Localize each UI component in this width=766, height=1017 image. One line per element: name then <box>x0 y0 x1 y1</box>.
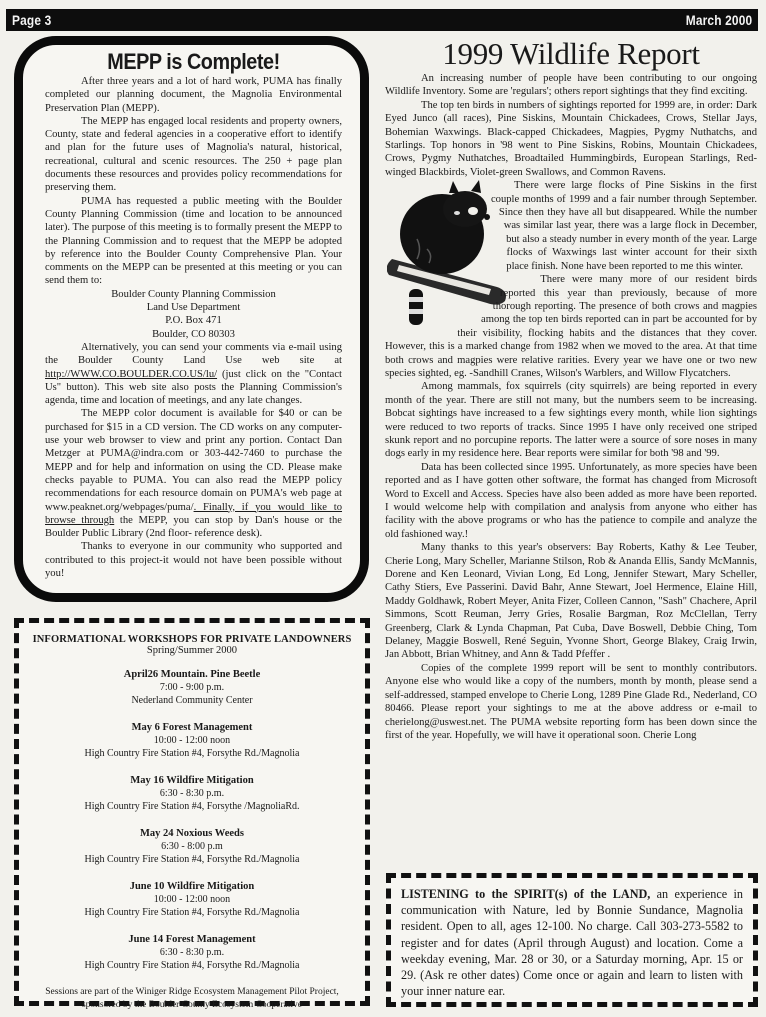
footer-line: Sessions are part of the Winiger Ridge E… <box>25 986 359 999</box>
workshop-event: June 14 Forest Management 6:30 - 8:30 p.… <box>25 933 359 972</box>
address-line: P.O. Box 471 <box>45 314 342 327</box>
workshops-box: INFORMATIONAL WORKSHOPS FOR PRIVATE LAND… <box>14 618 370 1006</box>
event-time: 10:00 - 12:00 noon <box>25 893 359 906</box>
event-title: May 16 Wildfire Mitigation <box>25 774 359 787</box>
listening-notice-box: LISTENING to the SPIRIT(s) of the LAND, … <box>386 873 758 1007</box>
report-paragraph: Among mammals, fox squirrels (city squir… <box>385 380 757 460</box>
event-place: High Country Fire Station #4, Forsythe R… <box>25 853 359 866</box>
event-time: 10:00 - 12:00 noon <box>25 734 359 747</box>
address-line: Boulder, CO 80303 <box>45 328 342 341</box>
workshop-event: June 10 Wildfire Mitigation 10:00 - 12:0… <box>25 880 359 919</box>
page-number: Page 3 <box>12 12 51 28</box>
mailing-address: Boulder County Planning Commission Land … <box>45 288 342 341</box>
event-title: April26 Mountain. Pine Beetle <box>25 668 359 681</box>
workshops-footer: Sessions are part of the Winiger Ridge E… <box>25 986 359 1011</box>
workshop-event: April26 Mountain. Pine Beetle 7:00 - 9:0… <box>25 668 359 707</box>
event-title: June 14 Forest Management <box>25 933 359 946</box>
notice-text: an experience in communication with Natu… <box>401 887 743 998</box>
page-header-bar: Page 3 March 2000 <box>6 9 758 31</box>
event-place: High Country Fire Station #4, Forsythe /… <box>25 800 359 813</box>
event-place: High Country Fire Station #4, Forsythe R… <box>25 906 359 919</box>
workshop-event: May 6 Forest Management 10:00 - 12:00 no… <box>25 721 359 760</box>
workshop-event: May 16 Wildfire Mitigation 6:30 - 8:30 p… <box>25 774 359 813</box>
text: The MEPP color document is available for… <box>45 408 342 512</box>
workshop-event: May 24 Noxious Weeds 6:30 - 8:00 p.m Hig… <box>25 827 359 866</box>
event-place: High Country Fire Station #4, Forsythe R… <box>25 959 359 972</box>
event-time: 7:00 - 9:00 p.m. <box>25 681 359 694</box>
mepp-title: MEPP is Complete! <box>60 49 327 75</box>
event-time: 6:30 - 8:30 p.m. <box>25 946 359 959</box>
notice-heading: LISTENING to the SPIRIT(s) of the LAND, <box>401 887 650 901</box>
mepp-paragraph: The MEPP color document is available for… <box>45 407 342 540</box>
workshops-title: INFORMATIONAL WORKSHOPS FOR PRIVATE LAND… <box>25 634 359 645</box>
event-title: May 24 Noxious Weeds <box>25 827 359 840</box>
event-place: Nederland Community Center <box>25 694 359 707</box>
footer-line: sponsored by the Boulder County Ecosyste… <box>25 999 359 1012</box>
text: The top ten birds in numbers of sighting… <box>385 100 757 178</box>
event-title: June 10 Wildfire Mitigation <box>25 880 359 893</box>
wildlife-report-article: 1999 Wildlife Report An increasing numbe… <box>385 36 757 742</box>
event-title: May 6 Forest Management <box>25 721 359 734</box>
address-line: Boulder County Planning Commission <box>45 288 342 301</box>
event-place: High Country Fire Station #4, Forsythe R… <box>25 747 359 760</box>
event-time: 6:30 - 8:00 p.m <box>25 840 359 853</box>
report-paragraph: Copies of the complete 1999 report will … <box>385 662 757 742</box>
event-time: 6:30 - 8:30 p.m. <box>25 787 359 800</box>
report-paragraph: The top ten birds in numbers of sighting… <box>385 99 757 179</box>
issue-date: March 2000 <box>685 12 752 28</box>
mepp-paragraph: Thanks to everyone in our community who … <box>45 540 342 580</box>
boulder-county-link[interactable]: http://WWW.CO.BOULDER.CO.US/lu/ <box>45 369 217 380</box>
mepp-paragraph: After three years and a lot of hard work… <box>45 75 342 115</box>
mepp-article-box: MEPP is Complete! After three years and … <box>14 36 369 602</box>
address-line: Land Use Department <box>45 301 342 314</box>
text: Alternatively, you can send your comment… <box>45 342 342 366</box>
mepp-paragraph: Alternatively, you can send your comment… <box>45 341 342 407</box>
workshops-season: Spring/Summer 2000 <box>25 645 359 656</box>
report-paragraph: Data has been collected since 1995. Unfo… <box>385 461 757 541</box>
observers-paragraph: Many thanks to this year's observers: Ba… <box>385 541 757 662</box>
mepp-paragraph: PUMA has requested a public meeting with… <box>45 195 342 288</box>
wildlife-report-title: 1999 Wildlife Report <box>385 36 757 72</box>
mepp-paragraph: The MEPP has engaged local residents and… <box>45 115 342 195</box>
report-paragraph: An increasing number of people have been… <box>385 72 757 99</box>
